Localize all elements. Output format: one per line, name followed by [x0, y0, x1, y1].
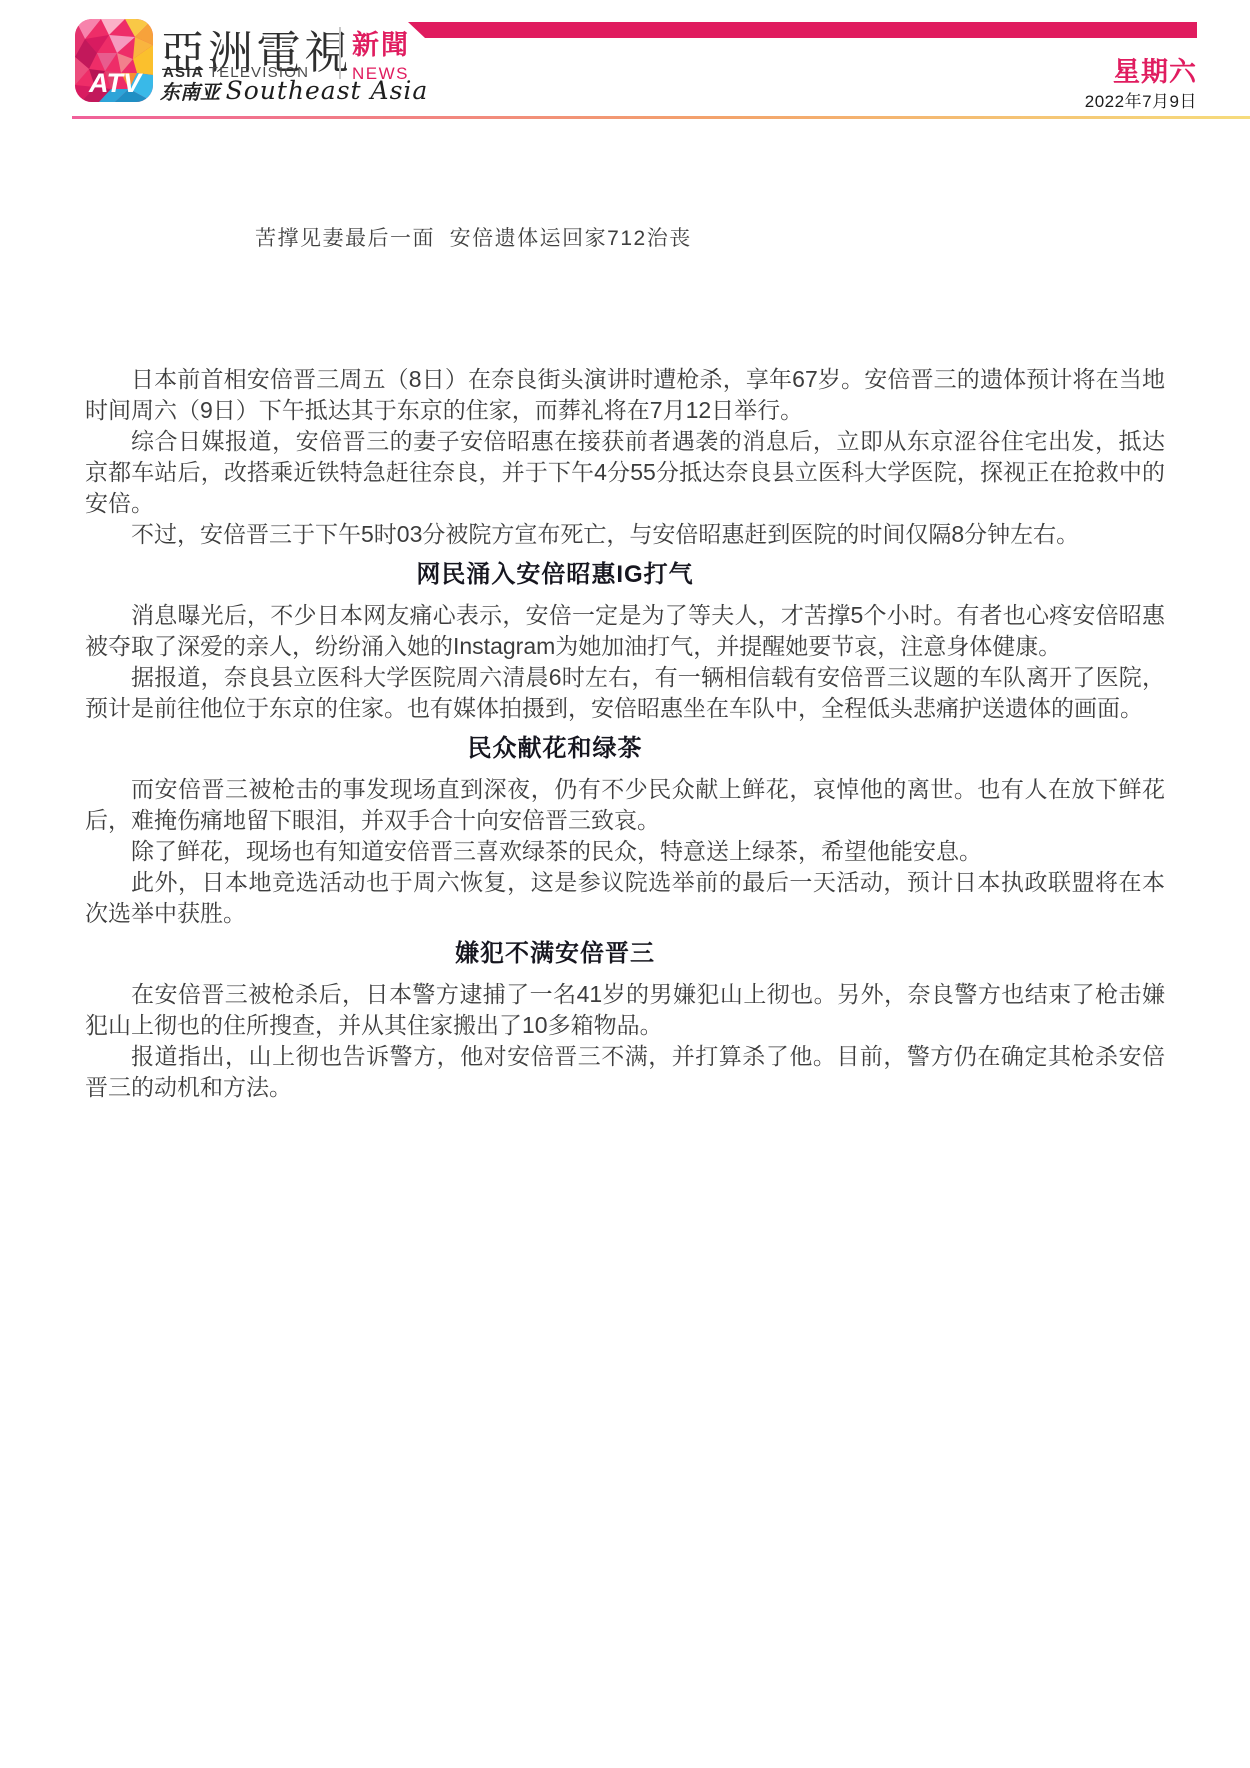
section-heading: 嫌犯不满安倍晋三	[85, 938, 1025, 970]
top-ribbon	[408, 22, 1197, 38]
paragraph: 日本前首相安倍晋三周五（8日）在奈良街头演讲时遭枪杀，享年67岁。安倍晋三的遗体…	[85, 364, 1165, 426]
article: 苦撑见妻最后一面 安倍遗体运回家712治丧 日本前首相安倍晋三周五（8日）在奈良…	[85, 222, 1165, 1103]
news-badge: 新聞 NEWS	[352, 23, 410, 84]
atv-logo-icon: ATV	[75, 19, 153, 102]
page-header: ATV 亞洲電視 ASIA TELEVISION 新聞 NEWS 东南亚 Sou…	[0, 0, 1250, 117]
article-title: 苦撑见妻最后一面 安倍遗体运回家712治丧	[255, 222, 1165, 252]
paragraph: 而安倍晋三被枪击的事发现场直到深夜，仍有不少民众献上鲜花，哀悼他的离世。也有人在…	[85, 774, 1165, 836]
news-label-cjk: 新聞	[352, 23, 410, 62]
paragraph: 消息曝光后，不少日本网友痛心表示，安倍一定是为了等夫人，才苦撑5个小时。有者也心…	[85, 600, 1165, 662]
tagline-cjk: 东南亚	[160, 82, 226, 104]
section-heading: 民众献花和绿茶	[85, 733, 1025, 765]
weekday-label: 星期六	[1113, 50, 1197, 89]
paragraph: 不过，安倍晋三于下午5时03分被院方宣布死亡，与安倍昭惠赶到医院的时间仅隔8分钟…	[85, 519, 1165, 550]
atv-logo-text: ATV	[88, 68, 143, 98]
date-label: 2022年7月9日	[1085, 87, 1197, 112]
paragraph: 在安倍晋三被枪杀后，日本警方逮捕了一名41岁的男嫌犯山上彻也。另外，奈良警方也结…	[85, 979, 1165, 1041]
paragraph: 综合日媒报道，安倍晋三的妻子安倍昭惠在接获前者遇袭的消息后，立即从东京涩谷住宅出…	[85, 426, 1165, 519]
paragraph: 此外，日本地竞选活动也于周六恢复，这是参议院选举前的最后一天活动，预计日本执政联…	[85, 867, 1165, 929]
brand-divider	[339, 27, 341, 79]
header-divider-rule	[72, 116, 1250, 119]
paragraph: 报道指出，山上彻也告诉警方，他对安倍晋三不满，并打算杀了他。目前，警方仍在确定其…	[85, 1041, 1165, 1103]
paragraph: 除了鲜花，现场也有知道安倍晋三喜欢绿茶的民众，特意送上绿茶，希望他能安息。	[85, 836, 1165, 867]
brand-tagline: 东南亚 Southeast Asia	[160, 76, 428, 105]
section-heading: 网民涌入安倍昭惠IG打气	[85, 559, 1025, 591]
paragraph: 据报道，奈良县立医科大学医院周六清晨6时左右，有一辆相信载有安倍晋三议题的车队离…	[85, 662, 1165, 724]
article-body: 日本前首相安倍晋三周五（8日）在奈良街头演讲时遭枪杀，享年67岁。安倍晋三的遗体…	[85, 364, 1165, 1103]
tagline-en: Southeast Asia	[226, 76, 429, 105]
